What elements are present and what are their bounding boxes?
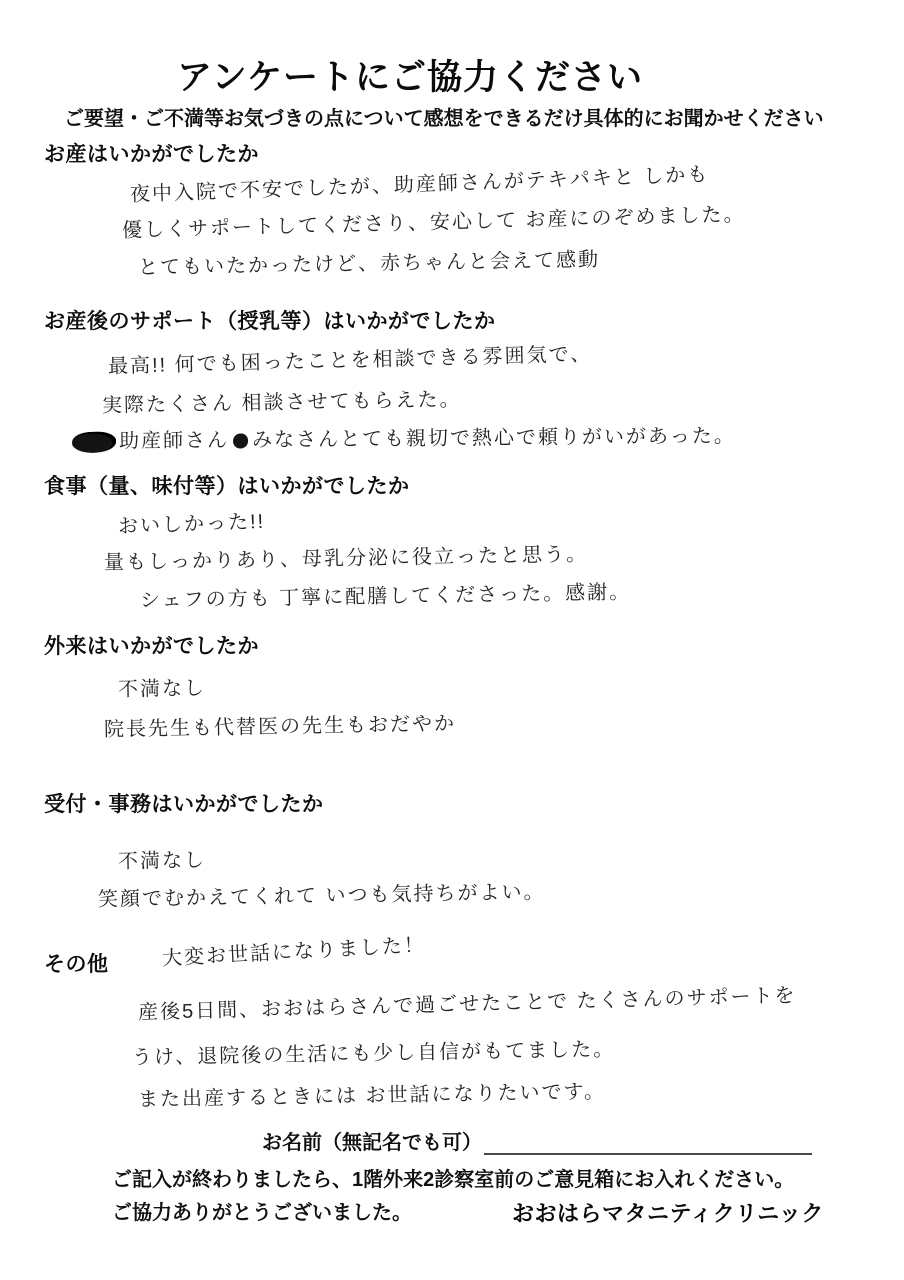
clinic-name: おおはらマタニティクリニック [512, 1197, 824, 1228]
handwritten-answer-line: 実際たくさん 相談させてもらえた。 [102, 383, 462, 418]
question-label-meals: 食事（量、味付等）はいかがでしたか [44, 470, 410, 500]
scanned-survey-form: アンケートにご協力ください ご要望・ご不満等お気づきの点について感想をできるだけ… [0, 0, 904, 1280]
question-label-outpatient: 外来はいかがでしたか [44, 630, 259, 660]
ink-scribble-icon [72, 432, 116, 453]
handwritten-answer-line: 不満なし [118, 671, 206, 702]
handwritten-answer-line: とてもいたかったけど、赤ちゃんと会えて感動 [138, 243, 600, 280]
handwritten-answer-line: 笑顔でむかえてくれて いつも気持ちがよい。 [98, 875, 546, 912]
handwritten-answer-line: 優しくサポートしてくださり、安心して お産にのぞめました。 [122, 198, 746, 243]
handwritten-answer-line: 不満なし [118, 843, 206, 874]
form-subtitle: ご要望・ご不満等お気づきの点について感想をできるだけ具体的にお聞かせください [64, 102, 824, 131]
handwritten-answer-line: 量もしっかりあり、母乳分泌に役立ったと思う。 [104, 538, 588, 575]
handwritten-text: 助産師さん [119, 430, 229, 453]
handwritten-text: みなさんとても親切で熱心で頼りがいがあった。 [252, 425, 736, 451]
handwritten-answer-line: 産後5日間、おおはらさんで過ごせたことで たくさんのサポートを [138, 979, 797, 1025]
form-title: アンケートにご協力ください [0, 50, 820, 100]
name-label: お名前（無記名でも可） [262, 1126, 482, 1155]
handwritten-answer-line: おいしかった!! [117, 505, 265, 539]
name-field-row: お名前（無記名でも可） [262, 1126, 812, 1155]
question-label-other: その他 [44, 948, 109, 978]
handwritten-answer-line-redacted: 助産師さんみなさんとても親切で熱心で頼りがいがあった。 [72, 419, 736, 454]
question-label-postnatal-support: お産後のサポート（授乳等）はいかがでしたか [44, 305, 496, 335]
handwritten-answer-line: うけ、退院後の生活にも少し自信がもてました。 [132, 1033, 616, 1070]
handwritten-answer-line: 最高!! 何でも困ったことを相談できる雰囲気で、 [108, 337, 593, 379]
handwritten-answer-line: シェフの方も 丁寧に配膳してくださった。感謝。 [140, 575, 632, 613]
question-label-birth: お産はいかがでしたか [44, 138, 259, 168]
ink-scribble-icon [233, 434, 248, 449]
handwritten-answer-line: 院長先生も代替医の先生もおだやか [104, 707, 456, 742]
submission-instructions: ご記入が終わりましたら、1階外来2診察室前のご意見箱にお入れください。 [112, 1163, 794, 1192]
question-label-reception: 受付・事務はいかがでしたか [44, 788, 324, 818]
name-blank-line [484, 1129, 812, 1155]
handwritten-answer-line: 大変お世話になりました！ [161, 928, 426, 971]
handwritten-answer-line: また出産するときには お世話になりたいです。 [138, 1075, 606, 1112]
thank-you-text: ご協力ありがとうございました。 [112, 1196, 412, 1225]
